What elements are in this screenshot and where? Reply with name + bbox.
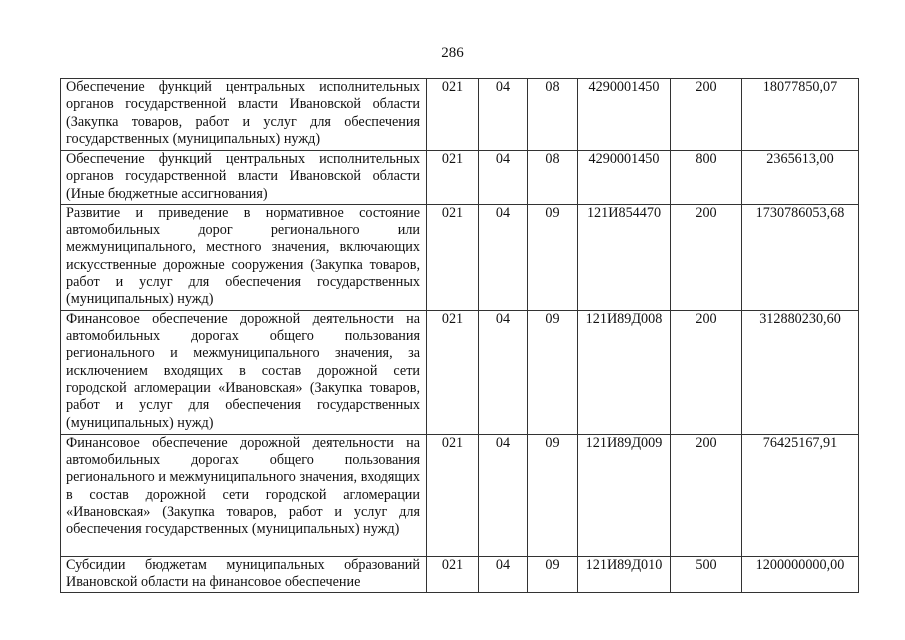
- row-expense-type: 200: [671, 79, 742, 151]
- table-row: Субсидии бюджетам муниципальных образова…: [61, 556, 859, 593]
- row-target-article: 121И89Д008: [578, 310, 671, 434]
- row-expense-type: 200: [671, 204, 742, 310]
- row-podrazdel: 09: [528, 556, 578, 593]
- row-amount: 312880230,60: [742, 310, 859, 434]
- row-amount: 1730786053,68: [742, 204, 859, 310]
- table-row: Обеспечение функций центральных исполнит…: [61, 79, 859, 151]
- row-grbs: 021: [427, 310, 479, 434]
- row-expense-type: 500: [671, 556, 742, 593]
- row-razdel: 04: [479, 151, 528, 205]
- row-podrazdel: 09: [528, 204, 578, 310]
- row-razdel: 04: [479, 434, 528, 556]
- row-target-article: 121И854470: [578, 204, 671, 310]
- row-description: Субсидии бюджетам муниципальных образова…: [61, 556, 427, 593]
- row-grbs: 021: [427, 556, 479, 593]
- row-razdel: 04: [479, 204, 528, 310]
- row-grbs: 021: [427, 204, 479, 310]
- row-description: Финансовое обеспечение дорожной деятельн…: [61, 434, 427, 556]
- table-row: Развитие и приведение в нормативное сост…: [61, 204, 859, 310]
- row-expense-type: 800: [671, 151, 742, 205]
- table-row: Финансовое обеспечение дорожной деятельн…: [61, 310, 859, 434]
- table-row: Обеспечение функций центральных исполнит…: [61, 151, 859, 205]
- row-amount: 76425167,91: [742, 434, 859, 556]
- row-expense-type: 200: [671, 434, 742, 556]
- row-amount: 18077850,07: [742, 79, 859, 151]
- row-target-article: 121И89Д009: [578, 434, 671, 556]
- row-description: Обеспечение функций центральных исполнит…: [61, 79, 427, 151]
- budget-table: Обеспечение функций центральных исполнит…: [60, 78, 859, 593]
- table-row: Финансовое обеспечение дорожной деятельн…: [61, 434, 859, 556]
- row-description: Развитие и приведение в нормативное сост…: [61, 204, 427, 310]
- row-podrazdel: 09: [528, 310, 578, 434]
- row-description: Финансовое обеспечение дорожной деятельн…: [61, 310, 427, 434]
- row-razdel: 04: [479, 79, 528, 151]
- row-razdel: 04: [479, 556, 528, 593]
- row-podrazdel: 08: [528, 79, 578, 151]
- row-razdel: 04: [479, 310, 528, 434]
- row-grbs: 021: [427, 151, 479, 205]
- page-number: 286: [0, 45, 905, 62]
- row-podrazdel: 08: [528, 151, 578, 205]
- row-description: Обеспечение функций центральных исполнит…: [61, 151, 427, 205]
- row-podrazdel: 09: [528, 434, 578, 556]
- row-expense-type: 200: [671, 310, 742, 434]
- row-grbs: 021: [427, 79, 479, 151]
- row-target-article: 4290001450: [578, 151, 671, 205]
- row-target-article: 121И89Д010: [578, 556, 671, 593]
- row-target-article: 4290001450: [578, 79, 671, 151]
- row-grbs: 021: [427, 434, 479, 556]
- row-amount: 1200000000,00: [742, 556, 859, 593]
- row-amount: 2365613,00: [742, 151, 859, 205]
